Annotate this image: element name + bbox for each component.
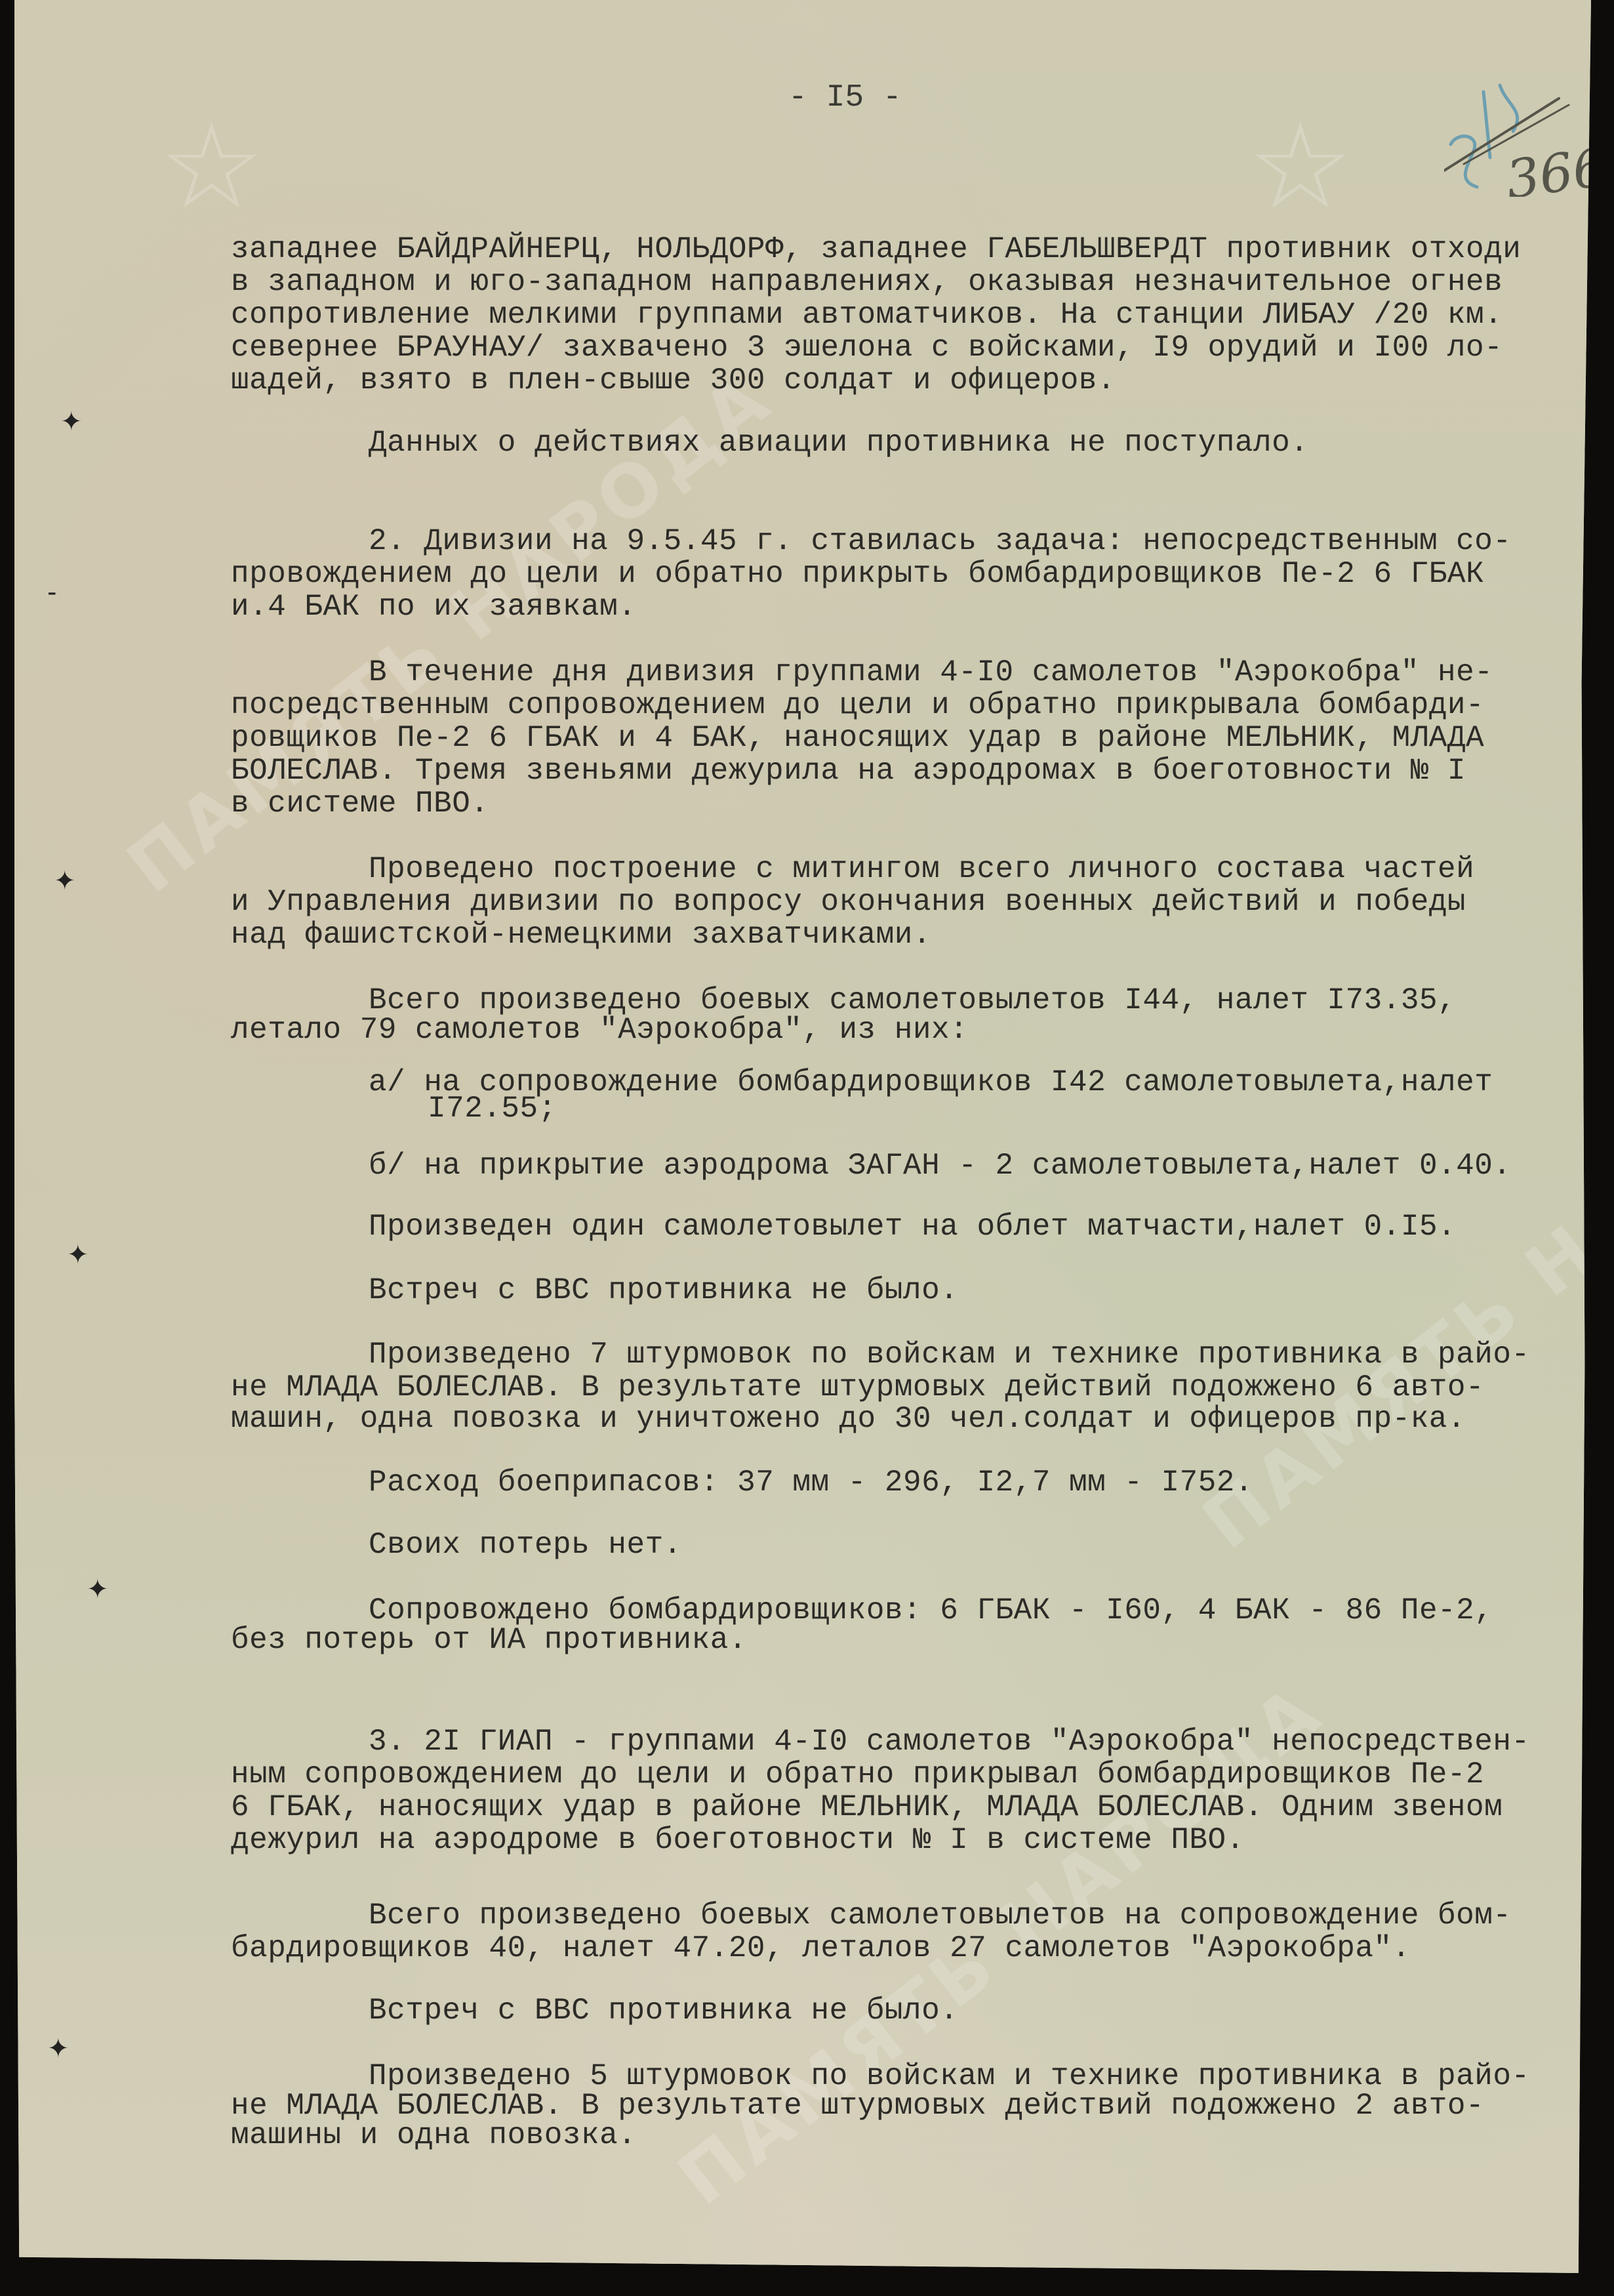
text-line: БОЛЕСЛАВ. Тремя звеньями дежурила на аэр… <box>231 754 1466 788</box>
text-line: в системе ПВО. <box>231 787 489 821</box>
star-watermark-icon: ☆ <box>159 98 264 236</box>
text-line: Своих потерь нет. <box>231 1528 682 1562</box>
text-line: машин, одна повозка и уничтожено до 30 ч… <box>231 1403 1466 1436</box>
page-number: - I5 - <box>788 80 902 115</box>
text-line: Данных о действиях авиации противника не… <box>231 426 1308 460</box>
star-watermark-icon: ☆ <box>1247 98 1353 236</box>
text-line: севернее БРАУНАУ/ захвачено 3 эшелона с … <box>231 331 1503 365</box>
text-line: ровщиков Пе-2 6 ГБАК и 4 БАК, наносящих … <box>231 722 1484 755</box>
text-line: Проведено построение с митингом всего ли… <box>231 853 1474 886</box>
text-line: 2. Дивизии на 9.5.45 г. ставилась задача… <box>231 525 1511 558</box>
punch-mark: ✦ <box>67 1240 89 1270</box>
text-line: Произведено 7 штурмовок по войскам и тех… <box>231 1338 1530 1372</box>
text-line: бардировщиков 40, налет 47.20, леталов 2… <box>231 1932 1411 1965</box>
text-line: не МЛАДА БОЛЕСЛАВ. В результате штурмовы… <box>231 1371 1484 1404</box>
text-line: Расход боеприпасов: 37 мм - 296, I2,7 мм… <box>231 1466 1253 1500</box>
text-line: 3. 2I ГИАП - группами 4-I0 самолетов "Аэ… <box>231 1725 1530 1759</box>
text-line: над фашистской-немецкими захватчиками. <box>231 918 931 952</box>
punch-mark: ✦ <box>87 1574 109 1605</box>
text-line: и Управления дивизии по вопросу окончани… <box>231 886 1466 919</box>
punch-mark: - <box>47 577 56 607</box>
text-line: летало 79 самолетов "Аэрокобра", из них: <box>231 1014 968 1047</box>
text-line: ным сопровождением до цели и обратно при… <box>231 1758 1484 1792</box>
text-line: в западном и юго-западном направлениях, … <box>231 266 1503 299</box>
text-line: Всего произведено боевых самолетовылетов… <box>231 1899 1511 1933</box>
text-line: Встреч с ВВС противника не было. <box>231 1274 958 1307</box>
text-line: сопротивление мелкими группами автоматчи… <box>231 298 1503 332</box>
text-line: дежурил на аэродроме в боеготовности № I… <box>231 1824 1245 1857</box>
punch-mark: ✦ <box>54 866 76 896</box>
text-line: и.4 БАК по их заявкам. <box>231 590 636 624</box>
svg-text:366: 366 <box>1503 136 1595 197</box>
punch-mark: ✦ <box>47 2034 70 2064</box>
text-line: Произведен один самолетовылет на облет м… <box>231 1210 1456 1244</box>
text-line: Встреч с ВВС противника не было. <box>231 1994 958 2028</box>
text-line: I72.55; <box>231 1092 557 1126</box>
text-line: 6 ГБАК, наносящих удар в районе МЕЛЬНИК,… <box>231 1791 1503 1824</box>
archive-folio-annotation: 366 <box>1444 66 1595 197</box>
text-line: посредственным сопровождением до цели и … <box>231 689 1484 722</box>
document-page: ☆ ☆ ПАМЯТЬ НАРОДА ПАМЯТЬ НАРОДА ПАМЯТЬ Н… <box>14 0 1591 2273</box>
text-line: шадей, взято в плен-свыше 300 солдат и о… <box>231 364 1116 398</box>
text-line: б/ на прикрытие аэродрома ЗАГАН - 2 само… <box>231 1149 1511 1183</box>
text-line: провождением до цели и обратно прикрыть … <box>231 558 1484 591</box>
punch-mark: ✦ <box>60 407 83 437</box>
text-line: В течение дня дивизия группами 4-I0 само… <box>231 656 1493 689</box>
text-line: западнее БАЙДРАЙНЕРЦ, НОЛЬДОРФ, западнее… <box>231 233 1521 266</box>
text-line: без потерь от ИА противника. <box>231 1624 747 1657</box>
text-line: машины и одна повозка. <box>231 2119 636 2152</box>
